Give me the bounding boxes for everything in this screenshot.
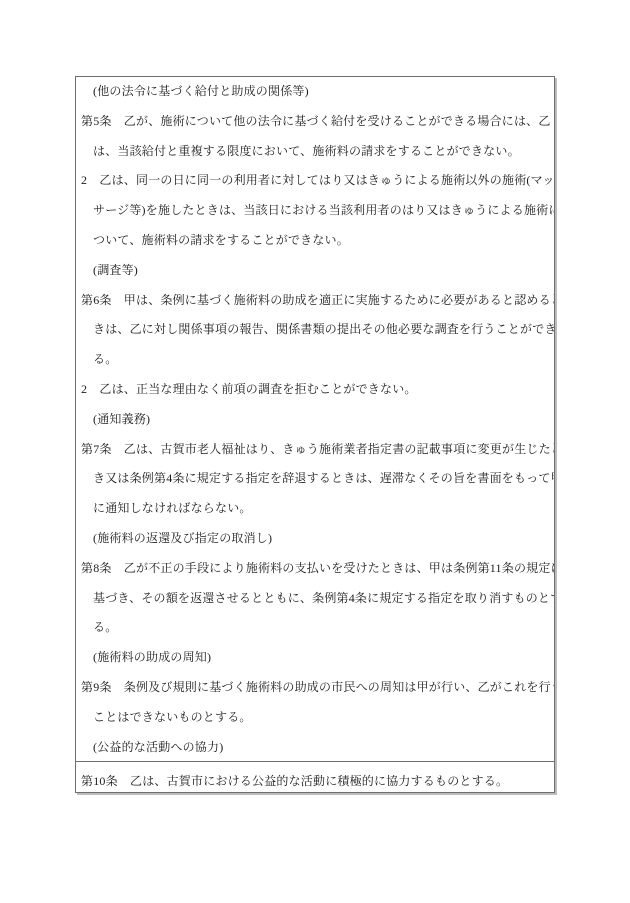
- contract-clauses-section: (他の法令に基づく給付と助成の関係等)第5条 乙が、施術について他の法令に基づく…: [75, 76, 555, 762]
- document-line: 2 乙は、正当な理由なく前項の調査を拒むことができない。: [79, 375, 551, 405]
- document-line: 第10条 乙は、古賀市における公益的な活動に積極的に協力するものとする。: [79, 770, 551, 792]
- document-line: に通知しなければならない。: [79, 494, 551, 524]
- document-page: (他の法令に基づく給付と助成の関係等)第5条 乙が、施術について他の法令に基づく…: [0, 0, 630, 903]
- document-line: (調査等): [79, 256, 551, 286]
- document-line: (施術料の助成の周知): [79, 643, 551, 673]
- document-line: 第8条 乙が不正の手段により施術料の支払いを受けたときは、甲は条例第11条の規定…: [79, 554, 551, 584]
- document-line: ことはできないものとする。: [79, 703, 551, 733]
- document-line: (公益的な活動への協力): [79, 733, 551, 762]
- document-line: 第7条 乙は、古賀市老人福祉はり、きゅう施術業者指定書の記載事項に変更が生じたと: [79, 435, 551, 465]
- document-border-box: (他の法令に基づく給付と助成の関係等)第5条 乙が、施術について他の法令に基づく…: [75, 76, 555, 793]
- document-line: 第6条 甲は、条例に基づく施術料の助成を適正に実施するために必要があると認めると: [79, 286, 551, 316]
- document-line: は、当該給付と重複する限度において、施術料の請求をすることができない。: [79, 137, 551, 167]
- document-line: き又は条例第4条に規定する指定を辞退するときは、遅滞なくその旨を書面をもって甲: [79, 464, 551, 494]
- document-line: (施術料の返還及び指定の取消し): [79, 524, 551, 554]
- document-line: (通知義務): [79, 405, 551, 435]
- contract-final-clause-row: 第10条 乙は、古賀市における公益的な活動に積極的に協力するものとする。: [75, 762, 555, 793]
- document-line: 第9条 条例及び規則に基づく施術料の助成の市民への周知は甲が行い、乙がこれを行う: [79, 673, 551, 703]
- document-line: ついて、施術料の請求をすることができない。: [79, 226, 551, 256]
- document-line: きは、乙に対し関係事項の報告、関係書類の提出その他必要な調査を行うことができ: [79, 315, 551, 345]
- document-line: る。: [79, 345, 551, 375]
- document-line: サージ等)を施したときは、当該日における当該利用者のはり又はきゅうによる施術に: [79, 196, 551, 226]
- document-line: 2 乙は、同一の日に同一の利用者に対してはり又はきゅうによる施術以外の施術(マッ: [79, 166, 551, 196]
- document-line: 基づき、その額を返還させるとともに、条例第4条に規定する指定を取り消すものとす: [79, 584, 551, 614]
- document-line: (他の法令に基づく給付と助成の関係等): [79, 77, 551, 107]
- document-line: る。: [79, 613, 551, 643]
- document-line: 第5条 乙が、施術について他の法令に基づく給付を受けることができる場合には、乙: [79, 107, 551, 137]
